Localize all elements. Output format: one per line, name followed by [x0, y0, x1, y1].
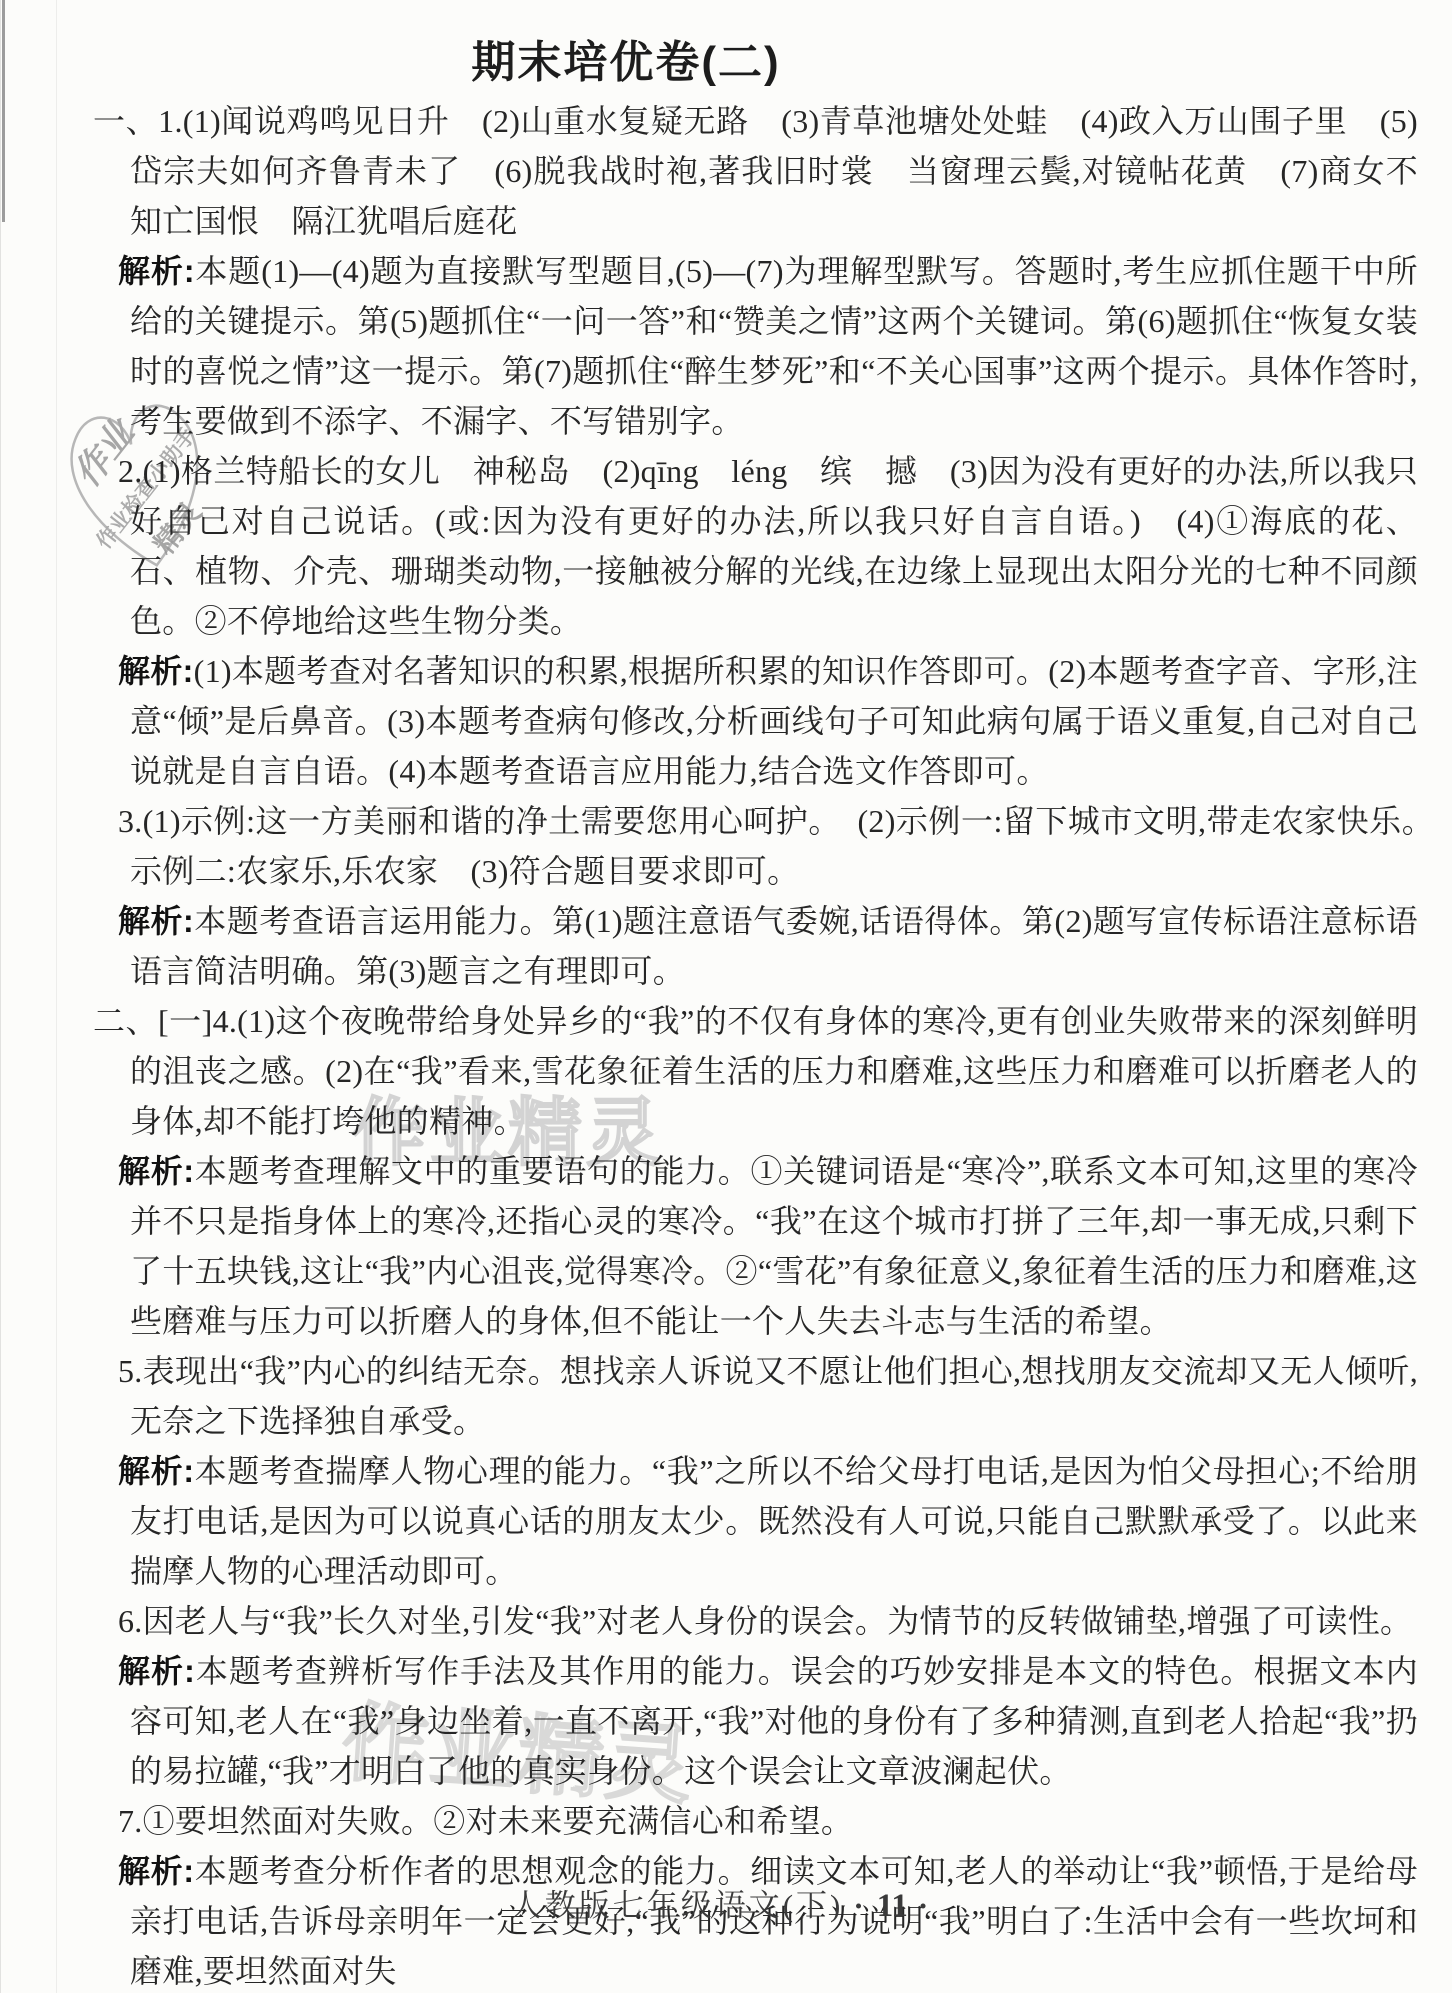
- analysis-paragraph: 解析:本题考查语言运用能力。第(1)题注意语气委婉,话语得体。第(2)题写宣传标…: [130, 896, 1418, 996]
- footer-book-title: 人教版七年级语文(下): [511, 1888, 844, 1923]
- analysis-label: 解析:: [118, 653, 194, 689]
- answer-paragraph: 6.因老人与“我”长久对坐,引发“我”对老人身份的误会。为情节的反转做铺垫,增强…: [130, 1596, 1418, 1646]
- analysis-label: 解析:: [118, 1153, 194, 1189]
- item-text: 5.表现出“我”内心的纠结无奈。想找亲人诉说又不愿让他们担心,想找朋友交流却又无…: [118, 1353, 1418, 1439]
- answer-content: 一、1.(1)闻说鸡鸣见日升 (2)山重水复疑无路 (3)青草池塘处处蛙 (4)…: [130, 96, 1418, 1993]
- item-text: 二、[一]4.(1)这个夜晚带给身处异乡的“我”的不仅有身体的寒冷,更有创业失败…: [93, 1003, 1418, 1139]
- analysis-label: 解析:: [118, 903, 194, 939]
- analysis-text: 本题考查语言运用能力。第(1)题注意语气委婉,话语得体。第(2)题写宣传标语注意…: [130, 903, 1418, 989]
- analysis-text: (1)本题考查对名著知识的积累,根据所积累的知识作答即可。(2)本题考查字音、字…: [130, 653, 1418, 789]
- analysis-text: 本题考查理解文中的重要语句的能力。①关键词语是“寒冷”,联系文本可知,这里的寒冷…: [130, 1153, 1418, 1339]
- answer-paragraph: 二、[一]4.(1)这个夜晚带给身处异乡的“我”的不仅有身体的寒冷,更有创业失败…: [130, 996, 1418, 1146]
- answer-paragraph: 2.(1)格兰特船长的女儿 神秘岛 (2)qīng léng 缤 撼 (3)因为…: [130, 446, 1418, 646]
- page-title: 期末培优卷(二): [0, 26, 1352, 90]
- item-text: 6.因老人与“我”长久对坐,引发“我”对老人身份的误会。为情节的反转做铺垫,增强…: [118, 1603, 1412, 1639]
- footer-page-number: 11: [877, 1888, 908, 1924]
- analysis-paragraph: 解析:(1)本题考查对名著知识的积累,根据所积累的知识作答即可。(2)本题考查字…: [130, 646, 1418, 796]
- analysis-label: 解析:: [118, 253, 195, 289]
- answer-paragraph: 7.①要坦然面对失败。②对未来要充满信心和希望。: [130, 1796, 1418, 1846]
- answer-paragraph: 5.表现出“我”内心的纠结无奈。想找亲人诉说又不愿让他们担心,想找朋友交流却又无…: [130, 1346, 1418, 1446]
- footer-dot: ·: [918, 1888, 931, 1923]
- scan-page-fold-line: [56, 0, 57, 1993]
- answer-paragraph: 一、1.(1)闻说鸡鸣见日升 (2)山重水复疑无路 (3)青草池塘处处蛙 (4)…: [130, 96, 1418, 246]
- answer-paragraph: 3.(1)示例:这一方美丽和谐的净土需要您用心呵护。 (2)示例一:留下城市文明…: [130, 796, 1418, 896]
- analysis-paragraph: 解析:本题考查揣摩人物心理的能力。“我”之所以不给父母打电话,是因为怕父母担心;…: [130, 1446, 1418, 1596]
- scan-edge-line: [0, 0, 1, 1993]
- analysis-text: 本题(1)—(4)题为直接默写型题目,(5)—(7)为理解型默写。答题时,考生应…: [130, 253, 1418, 439]
- page-footer: 人教版七年级语文(下)·11·: [0, 1880, 1452, 1925]
- footer-dot: ·: [853, 1888, 866, 1923]
- analysis-text: 本题考查辨析写作手法及其作用的能力。误会的巧妙安排是本文的特色。根据文本内容可知…: [130, 1653, 1418, 1789]
- item-text: 2.(1)格兰特船长的女儿 神秘岛 (2)qīng léng 缤 撼 (3)因为…: [118, 453, 1418, 639]
- analysis-paragraph: 解析:本题考查辨析写作手法及其作用的能力。误会的巧妙安排是本文的特色。根据文本内…: [130, 1646, 1418, 1796]
- item-text: 7.①要坦然面对失败。②对未来要充满信心和希望。: [118, 1803, 853, 1839]
- scanned-answer-page: 作业 作业检查小助手 精灵 作业精灵 作业精灵 期末培优卷(二) 一、1.(1)…: [0, 0, 1452, 1993]
- item-text: 一、1.(1)闻说鸡鸣见日升 (2)山重水复疑无路 (3)青草池塘处处蛙 (4)…: [93, 103, 1418, 239]
- analysis-text: 本题考查揣摩人物心理的能力。“我”之所以不给父母打电话,是因为怕父母担心;不给朋…: [130, 1453, 1418, 1589]
- analysis-paragraph: 解析:本题考查理解文中的重要语句的能力。①关键词语是“寒冷”,联系文本可知,这里…: [130, 1146, 1418, 1346]
- item-text: 3.(1)示例:这一方美丽和谐的净土需要您用心呵护。 (2)示例一:留下城市文明…: [118, 803, 1450, 889]
- analysis-label: 解析:: [118, 1653, 195, 1689]
- analysis-label: 解析:: [118, 1453, 194, 1489]
- analysis-paragraph: 解析:本题(1)—(4)题为直接默写型题目,(5)—(7)为理解型默写。答题时,…: [130, 246, 1418, 446]
